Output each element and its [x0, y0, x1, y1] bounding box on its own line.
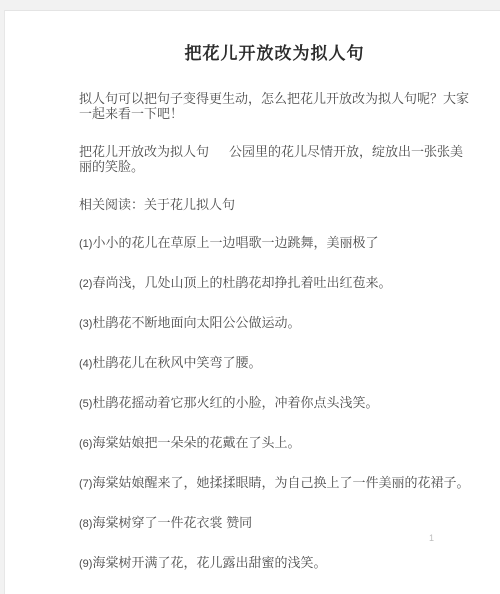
example-number: (6) — [79, 438, 92, 450]
example-item-6: (6)海棠姑娘把一朵朵的花戴在了头上。 — [79, 435, 470, 452]
qa-question-text: 把花儿开放改为拟人句 — [79, 144, 209, 159]
document-page: 把花儿开放改为拟人句 拟人句可以把句子变得更生动，怎么把花儿开放改为拟人句呢？大… — [4, 10, 500, 594]
example-number: (3) — [79, 318, 92, 330]
example-text: 海棠树开满了花，花儿露出甜蜜的浅笑。 — [92, 555, 326, 570]
example-item-3: (3)杜鹃花不断地面向太阳公公做运动。 — [79, 315, 470, 332]
example-item-1: (1)小小的花儿在草原上一边唱歌一边跳舞，美丽极了 — [79, 235, 470, 252]
canvas-background-strip — [0, 0, 500, 10]
example-number: (2) — [79, 278, 92, 290]
example-number: (5) — [79, 398, 92, 410]
example-number: (8) — [79, 518, 92, 530]
example-text: 海棠姑娘醒来了，她揉揉眼睛，为自己换上了一件美丽的花裙子。 — [92, 475, 469, 490]
example-item-9: (9)海棠树开满了花，花儿露出甜蜜的浅笑。 — [79, 555, 470, 572]
intro-paragraph: 拟人句可以把句子变得更生动，怎么把花儿开放改为拟人句呢？大家一起来看一下吧！ — [79, 91, 470, 121]
example-text: 海棠姑娘把一朵朵的花戴在了头上。 — [92, 435, 300, 450]
example-item-8: (8)海棠树穿了一件花衣裳 赞同 — [79, 515, 470, 532]
example-number: (9) — [79, 558, 92, 570]
example-item-4: (4)杜鹃花儿在秋风中笑弯了腰。 — [79, 355, 470, 372]
example-text: 杜鹃花摇动着它那火红的小脸，冲着你点头浅笑。 — [92, 395, 378, 410]
example-item-5: (5)杜鹃花摇动着它那火红的小脸，冲着你点头浅笑。 — [79, 395, 470, 412]
page-number: 1 — [429, 533, 434, 543]
example-number: (1) — [79, 238, 92, 250]
example-number: (4) — [79, 358, 92, 370]
example-item-7: (7)海棠姑娘醒来了，她揉揉眼睛，为自己换上了一件美丽的花裙子。 — [79, 475, 470, 492]
related-reading-heading: 相关阅读：关于花儿拟人句 — [79, 197, 470, 212]
example-text: 小小的花儿在草原上一边唱歌一边跳舞，美丽极了 — [92, 235, 378, 250]
qa-paragraph: 把花儿开放改为拟人句公园里的花儿尽情开放，绽放出一张张美丽的笑脸。 — [79, 144, 470, 174]
example-number: (7) — [79, 478, 92, 490]
page-title: 把花儿开放改为拟人句 — [79, 44, 470, 64]
example-item-2: (2)春尚浅，几处山顶上的杜鹃花却挣扎着吐出红苞来。 — [79, 275, 470, 292]
example-text: 杜鹃花儿在秋风中笑弯了腰。 — [92, 355, 261, 370]
example-text: 春尚浅，几处山顶上的杜鹃花却挣扎着吐出红苞来。 — [92, 275, 391, 290]
example-text: 杜鹃花不断地面向太阳公公做运动。 — [92, 315, 300, 330]
example-text: 海棠树穿了一件花衣裳 赞同 — [92, 515, 252, 530]
